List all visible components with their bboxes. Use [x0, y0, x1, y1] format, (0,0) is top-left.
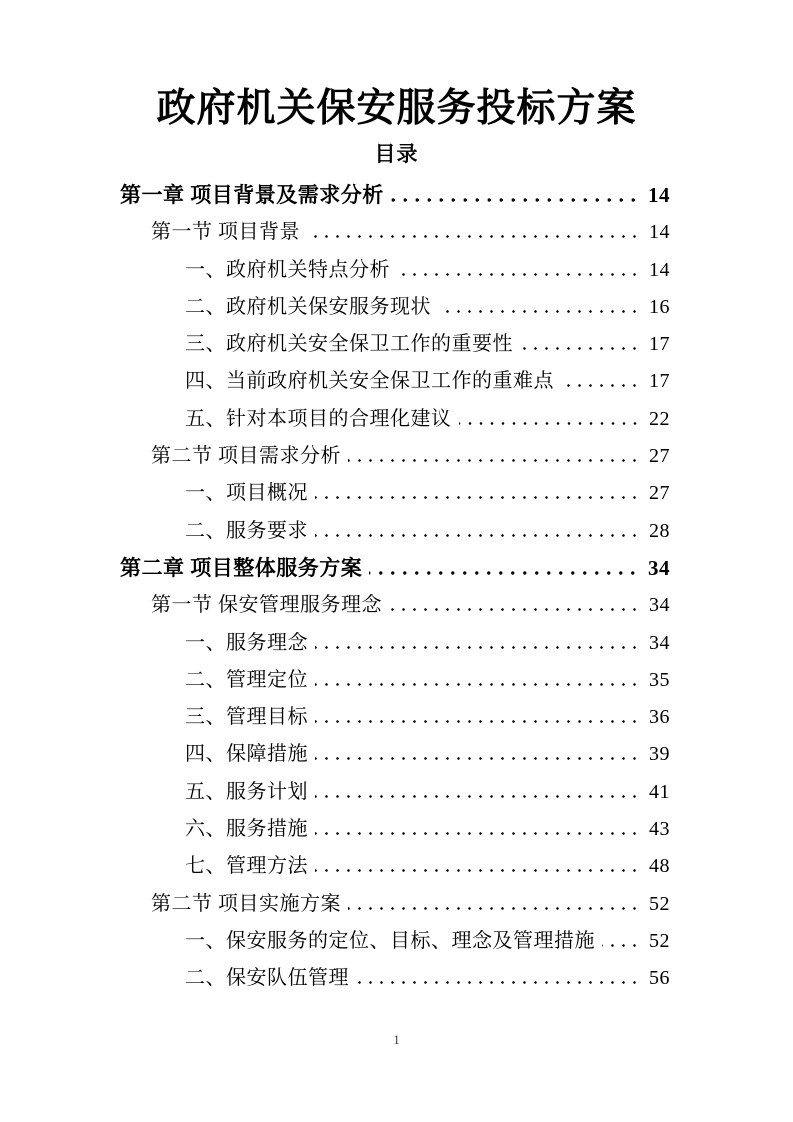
toc-entry-label: 第一节 保安管理服务理念 [151, 587, 382, 624]
toc-entry-label: 第二节 项目实施方案 [151, 886, 341, 923]
toc-entry-label: 六、服务措施 [185, 811, 308, 848]
toc-entry-page: 27 [649, 438, 670, 475]
toc-entry-page: 52 [649, 923, 670, 960]
toc-entry-label: 第一节 项目背景 [151, 214, 300, 251]
toc-entry-page: 52 [649, 886, 670, 923]
toc-dot-leader [369, 571, 639, 575]
toc-dot-leader [307, 235, 640, 238]
toc-entry: 第二节 项目实施方案52 [120, 886, 670, 923]
toc-entry-page: 14 [649, 252, 670, 289]
document-title: 政府机关保安服务投标方案 [0, 0, 793, 131]
toc-entry: 七、管理方法48 [120, 848, 670, 885]
toc-dot-leader [356, 981, 640, 984]
toc-entry-page: 34 [648, 550, 670, 587]
toc-entry: 一、项目概况27 [120, 475, 670, 512]
toc-entry-page: 48 [649, 848, 670, 885]
page-number: 1 [393, 1032, 400, 1047]
toc-entry-page: 16 [649, 289, 670, 326]
toc-entry: 第一节 项目背景14 [120, 214, 670, 251]
toc-entry: 第一节 保安管理服务理念34 [120, 587, 670, 624]
toc-entry-label: 三、管理目标 [185, 699, 308, 736]
toc-entry-label: 二、政府机关保安服务现状 [185, 289, 431, 326]
toc-entry-label: 一、保安服务的定位、目标、理念及管理措施 [185, 923, 595, 960]
toc-entry-page: 14 [648, 177, 670, 214]
toc-dot-leader [315, 832, 640, 835]
toc-entry-page: 17 [649, 326, 670, 363]
toc-entry-label: 第二章 项目整体服务方案 [120, 550, 362, 587]
toc-entry-page: 43 [649, 811, 670, 848]
toc-entry: 二、管理定位35 [120, 662, 670, 699]
toc-entry: 一、服务理念34 [120, 625, 670, 662]
toc-entry-label: 一、政府机关特点分析 [185, 252, 390, 289]
toc-entry: 一、政府机关特点分析14 [120, 252, 670, 289]
toc-entry: 二、政府机关保安服务现状16 [120, 289, 670, 326]
toc-dot-leader [315, 683, 640, 686]
toc-entry-page: 34 [649, 587, 670, 624]
toc-entry-label: 一、服务理念 [185, 625, 308, 662]
toc-entry-label: 第一章 项目背景及需求分析 [120, 177, 384, 214]
toc-entry-page: 56 [649, 960, 670, 997]
toc-entry-page: 22 [649, 401, 670, 438]
toc-dot-leader [391, 198, 639, 202]
toc-entry: 六、服务措施43 [120, 811, 670, 848]
toc-entry-page: 35 [649, 662, 670, 699]
toc-entry: 一、保安服务的定位、目标、理念及管理措施52 [120, 923, 670, 960]
toc-entry: 四、保障措施39 [120, 736, 670, 773]
toc-dot-leader [315, 757, 640, 760]
toc-entry-label: 七、管理方法 [185, 848, 308, 885]
page-footer: 1 [0, 1032, 793, 1048]
toc-entry-label: 五、针对本项目的合理化建议 [185, 401, 452, 438]
toc-entry-label: 第二节 项目需求分析 [151, 438, 341, 475]
toc-entry: 三、政府机关安全保卫工作的重要性17 [120, 326, 670, 363]
toc-dot-leader [348, 459, 640, 462]
toc-dot-leader [561, 384, 640, 387]
toc-entry-label: 二、管理定位 [185, 662, 308, 699]
toc-dot-leader [348, 907, 640, 910]
toc-dot-leader [438, 310, 640, 313]
table-of-contents: 第一章 项目背景及需求分析14第一节 项目背景14一、政府机关特点分析14二、政… [120, 177, 670, 998]
toc-entry-page: 41 [649, 774, 670, 811]
toc-entry: 五、针对本项目的合理化建议22 [120, 401, 670, 438]
toc-dot-leader [602, 944, 640, 947]
toc-heading: 目录 [0, 141, 793, 167]
toc-dot-leader [315, 795, 640, 798]
toc-entry-label: 四、当前政府机关安全保卫工作的重难点 [185, 363, 554, 400]
toc-entry-label: 五、服务计划 [185, 774, 308, 811]
toc-entry: 第二章 项目整体服务方案34 [120, 550, 670, 587]
toc-dot-leader [315, 646, 640, 649]
toc-entry-page: 39 [649, 736, 670, 773]
toc-dot-leader [397, 273, 640, 276]
toc-entry-page: 14 [649, 214, 670, 251]
toc-entry-page: 34 [649, 625, 670, 662]
toc-entry: 三、管理目标36 [120, 699, 670, 736]
toc-entry-page: 17 [649, 363, 670, 400]
toc-entry-label: 一、项目概况 [185, 475, 308, 512]
toc-dot-leader [315, 869, 640, 872]
toc-entry-page: 36 [649, 699, 670, 736]
toc-entry-page: 27 [649, 475, 670, 512]
toc-entry: 四、当前政府机关安全保卫工作的重难点17 [120, 363, 670, 400]
toc-entry-label: 二、保安队伍管理 [185, 960, 349, 997]
toc-entry: 第二节 项目需求分析27 [120, 438, 670, 475]
toc-entry-page: 28 [649, 513, 670, 550]
toc-dot-leader [315, 720, 640, 723]
toc-entry: 五、服务计划41 [120, 774, 670, 811]
toc-dot-leader [315, 534, 640, 537]
toc-dot-leader [389, 608, 640, 611]
toc-entry-label: 二、服务要求 [185, 513, 308, 550]
toc-entry: 二、保安队伍管理56 [120, 960, 670, 997]
toc-entry-label: 三、政府机关安全保卫工作的重要性 [185, 326, 513, 363]
document-page: 政府机关保安服务投标方案 目录 第一章 项目背景及需求分析14第一节 项目背景1… [0, 0, 793, 1122]
toc-entry-label: 四、保障措施 [185, 736, 308, 773]
toc-entry: 二、服务要求28 [120, 513, 670, 550]
toc-dot-leader [459, 422, 641, 425]
toc-dot-leader [315, 496, 640, 499]
toc-entry: 第一章 项目背景及需求分析14 [120, 177, 670, 214]
toc-dot-leader [520, 347, 640, 350]
